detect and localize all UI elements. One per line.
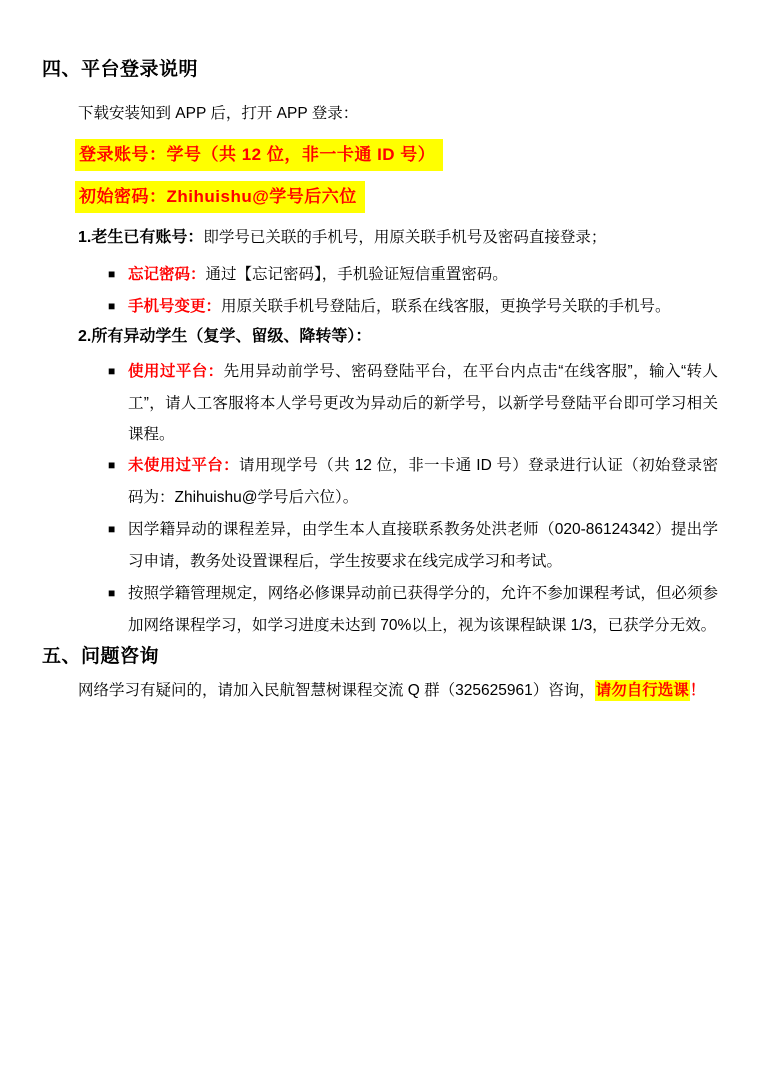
initial-password-highlight: 初始密码：Zhihuishu@学号后六位 (75, 181, 365, 213)
login-account-highlight: 登录账号：学号（共 12 位，非一卡通 ID 号） (75, 139, 443, 171)
bullet-label: 忘记密码： (128, 266, 206, 283)
item2-heading: 2.所有异动学生（复学、留级、降转等）： (78, 321, 371, 353)
bullet-label: 未使用过平台： (128, 457, 239, 474)
item2-label: 2.所有异动学生（复学、留级、降转等）： (78, 328, 371, 345)
bullet-square-icon: ■ (108, 291, 115, 323)
no-self-enroll-highlight: 请勿自行选课 (595, 680, 690, 701)
bullet-square-icon: ■ (108, 450, 115, 482)
bullet-square-icon: ■ (108, 259, 115, 291)
section5-exclamation: ！ (690, 682, 706, 699)
bullet-text: 通过【忘记密码】，手机验证短信重置密码。 (206, 266, 508, 283)
section4-intro: 下载安装知到 APP 后，打开 APP 登录： (78, 98, 358, 130)
bullet-text: 按照学籍管理规定，网络必修课异动前已获得学分的，允许不参加课程考试，但必须参加网… (128, 585, 718, 634)
bullet-item-forgot-password: ■忘记密码：通过【忘记密码】，手机验证短信重置密码。 (108, 259, 718, 291)
bullet-item-used-platform: ■使用过平台：先用异动前学号、密码登陆平台，在平台内点击“在线客服”，输入“转人… (108, 356, 718, 451)
bullet-square-icon: ■ (108, 578, 115, 610)
bullet-item-phone-change: ■手机号变更：用原关联手机号登陆后，联系在线客服，更换学号关联的手机号。 (108, 291, 718, 323)
item1-label: 1.老生已有账号： (78, 229, 203, 246)
bullet-text: 用原关联手机号登陆后，联系在线客服，更换学号关联的手机号。 (221, 298, 671, 315)
bullet-item-credit-rule: ■按照学籍管理规定，网络必修课异动前已获得学分的，允许不参加课程考试，但必须参加… (108, 578, 718, 641)
section5-paragraph: 网络学习有疑问的，请加入民航智慧树课程交流 Q 群（325625961）咨询，请… (78, 675, 705, 707)
bullet-item-unused-platform: ■未使用过平台：请用现学号（共 12 位，非一卡通 ID 号）登录进行认证（初始… (108, 450, 718, 513)
item1-text: 即学号已关联的手机号，用原关联手机号及密码直接登录； (203, 229, 606, 246)
section5-text: 网络学习有疑问的，请加入民航智慧树课程交流 Q 群（325625961）咨询， (78, 682, 595, 699)
bullet-square-icon: ■ (108, 356, 115, 388)
bullet-label: 手机号变更： (128, 298, 221, 315)
bullet-label: 使用过平台： (128, 363, 224, 380)
item1-heading: 1.老生已有账号：即学号已关联的手机号，用原关联手机号及密码直接登录； (78, 222, 606, 254)
section4-heading: 四、平台登录说明 (42, 54, 198, 86)
document-page: 四、平台登录说明 下载安装知到 APP 后，打开 APP 登录： 登录账号：学号… (0, 0, 760, 1071)
section5-heading: 五、问题咨询 (42, 641, 159, 673)
bullet-text: 因学籍异动的课程差异，由学生本人直接联系教务处洪老师（020-86124342）… (128, 521, 718, 570)
bullet-square-icon: ■ (108, 514, 115, 546)
bullet-item-course-difference: ■因学籍异动的课程差异，由学生本人直接联系教务处洪老师（020-86124342… (108, 514, 718, 577)
